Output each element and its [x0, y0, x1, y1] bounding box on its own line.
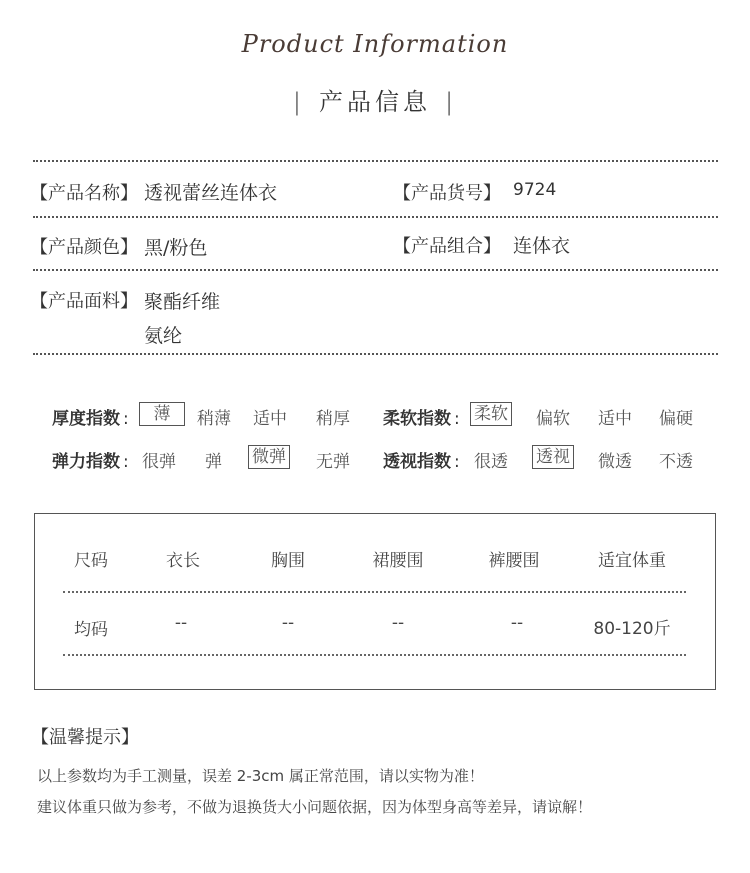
thickness-option-slightly-thin: 稍薄 — [197, 404, 231, 429]
transparency-option-very: 很透 — [474, 447, 508, 472]
thickness-option-medium: 适中 — [253, 404, 287, 429]
softness-option-medium: 适中 — [598, 404, 632, 429]
color-value: 黑/粉色 — [144, 233, 207, 260]
divider — [33, 216, 718, 218]
divider — [33, 160, 718, 162]
table-cell: 均码 — [74, 615, 108, 640]
tip-line: 建议体重只做为参考，不做为退换货大小问题依据，因为体型身高等差异，请谅解！ — [37, 796, 592, 817]
softness-option-slightly-hard: 偏硬 — [659, 404, 693, 429]
script-title: Product Information — [0, 30, 750, 58]
table-divider — [63, 591, 686, 593]
fabric-value-1: 聚酯纤维 — [144, 287, 220, 314]
transparency-option-see-through: 透视 — [532, 445, 574, 469]
transparency-option-none: 不透 — [659, 447, 693, 472]
tips-title: 【温馨提示】 — [31, 723, 139, 749]
elasticity-option-elastic: 弹 — [205, 447, 222, 472]
transparency-option-slight: 微透 — [598, 447, 632, 472]
elasticity-option-none: 无弹 — [316, 447, 350, 472]
combo-label: 【产品组合】 — [393, 232, 501, 258]
table-cell: -- — [282, 613, 294, 633]
table-divider — [63, 654, 686, 656]
color-label: 【产品颜色】 — [30, 233, 138, 259]
size-table: 尺码 衣长 胸围 裙腰围 裤腰围 适宜体重 均码 -- -- -- -- 80-… — [34, 513, 716, 690]
softness-option-slightly-soft: 偏软 — [536, 404, 570, 429]
divider — [33, 269, 718, 271]
name-label: 【产品名称】 — [30, 179, 138, 205]
transparency-index-label: 透视指数: — [383, 447, 460, 472]
table-cell: 80-120斤 — [593, 614, 670, 639]
table-header: 适宜体重 — [598, 546, 666, 571]
elasticity-index-label: 弹力指数: — [52, 447, 129, 472]
page-title: |产品信息| — [0, 82, 750, 117]
divider — [33, 353, 718, 355]
name-value: 透视蕾丝连体衣 — [144, 178, 277, 205]
elasticity-option-slight: 微弹 — [248, 445, 290, 469]
table-header: 尺码 — [74, 546, 108, 571]
table-header: 胸围 — [271, 546, 305, 571]
table-header: 衣长 — [166, 546, 200, 571]
sku-label: 【产品货号】 — [393, 179, 501, 205]
tip-line: 以上参数均为手工测量，误差 2-3cm 属正常范围，请以实物为准！ — [37, 765, 484, 786]
title-text: 产品信息 — [319, 88, 431, 116]
softness-index-label: 柔软指数: — [383, 404, 460, 429]
table-header: 裙腰围 — [373, 546, 424, 571]
thickness-option-thin: 薄 — [139, 402, 185, 426]
softness-option-soft: 柔软 — [470, 402, 512, 426]
combo-value: 连体衣 — [513, 231, 570, 258]
table-cell: -- — [511, 613, 523, 633]
table-cell: -- — [392, 613, 404, 633]
title-bar-left: | — [293, 88, 305, 116]
fabric-label: 【产品面料】 — [30, 287, 138, 313]
table-header: 裤腰围 — [489, 546, 540, 571]
thickness-option-slightly-thick: 稍厚 — [316, 404, 350, 429]
fabric-value-2: 氨纶 — [144, 321, 182, 348]
table-cell: -- — [175, 613, 187, 633]
sku-value: 9724 — [513, 180, 556, 200]
elasticity-option-very: 很弹 — [142, 447, 176, 472]
thickness-index-label: 厚度指数: — [52, 404, 129, 429]
title-bar-right: | — [445, 88, 457, 116]
